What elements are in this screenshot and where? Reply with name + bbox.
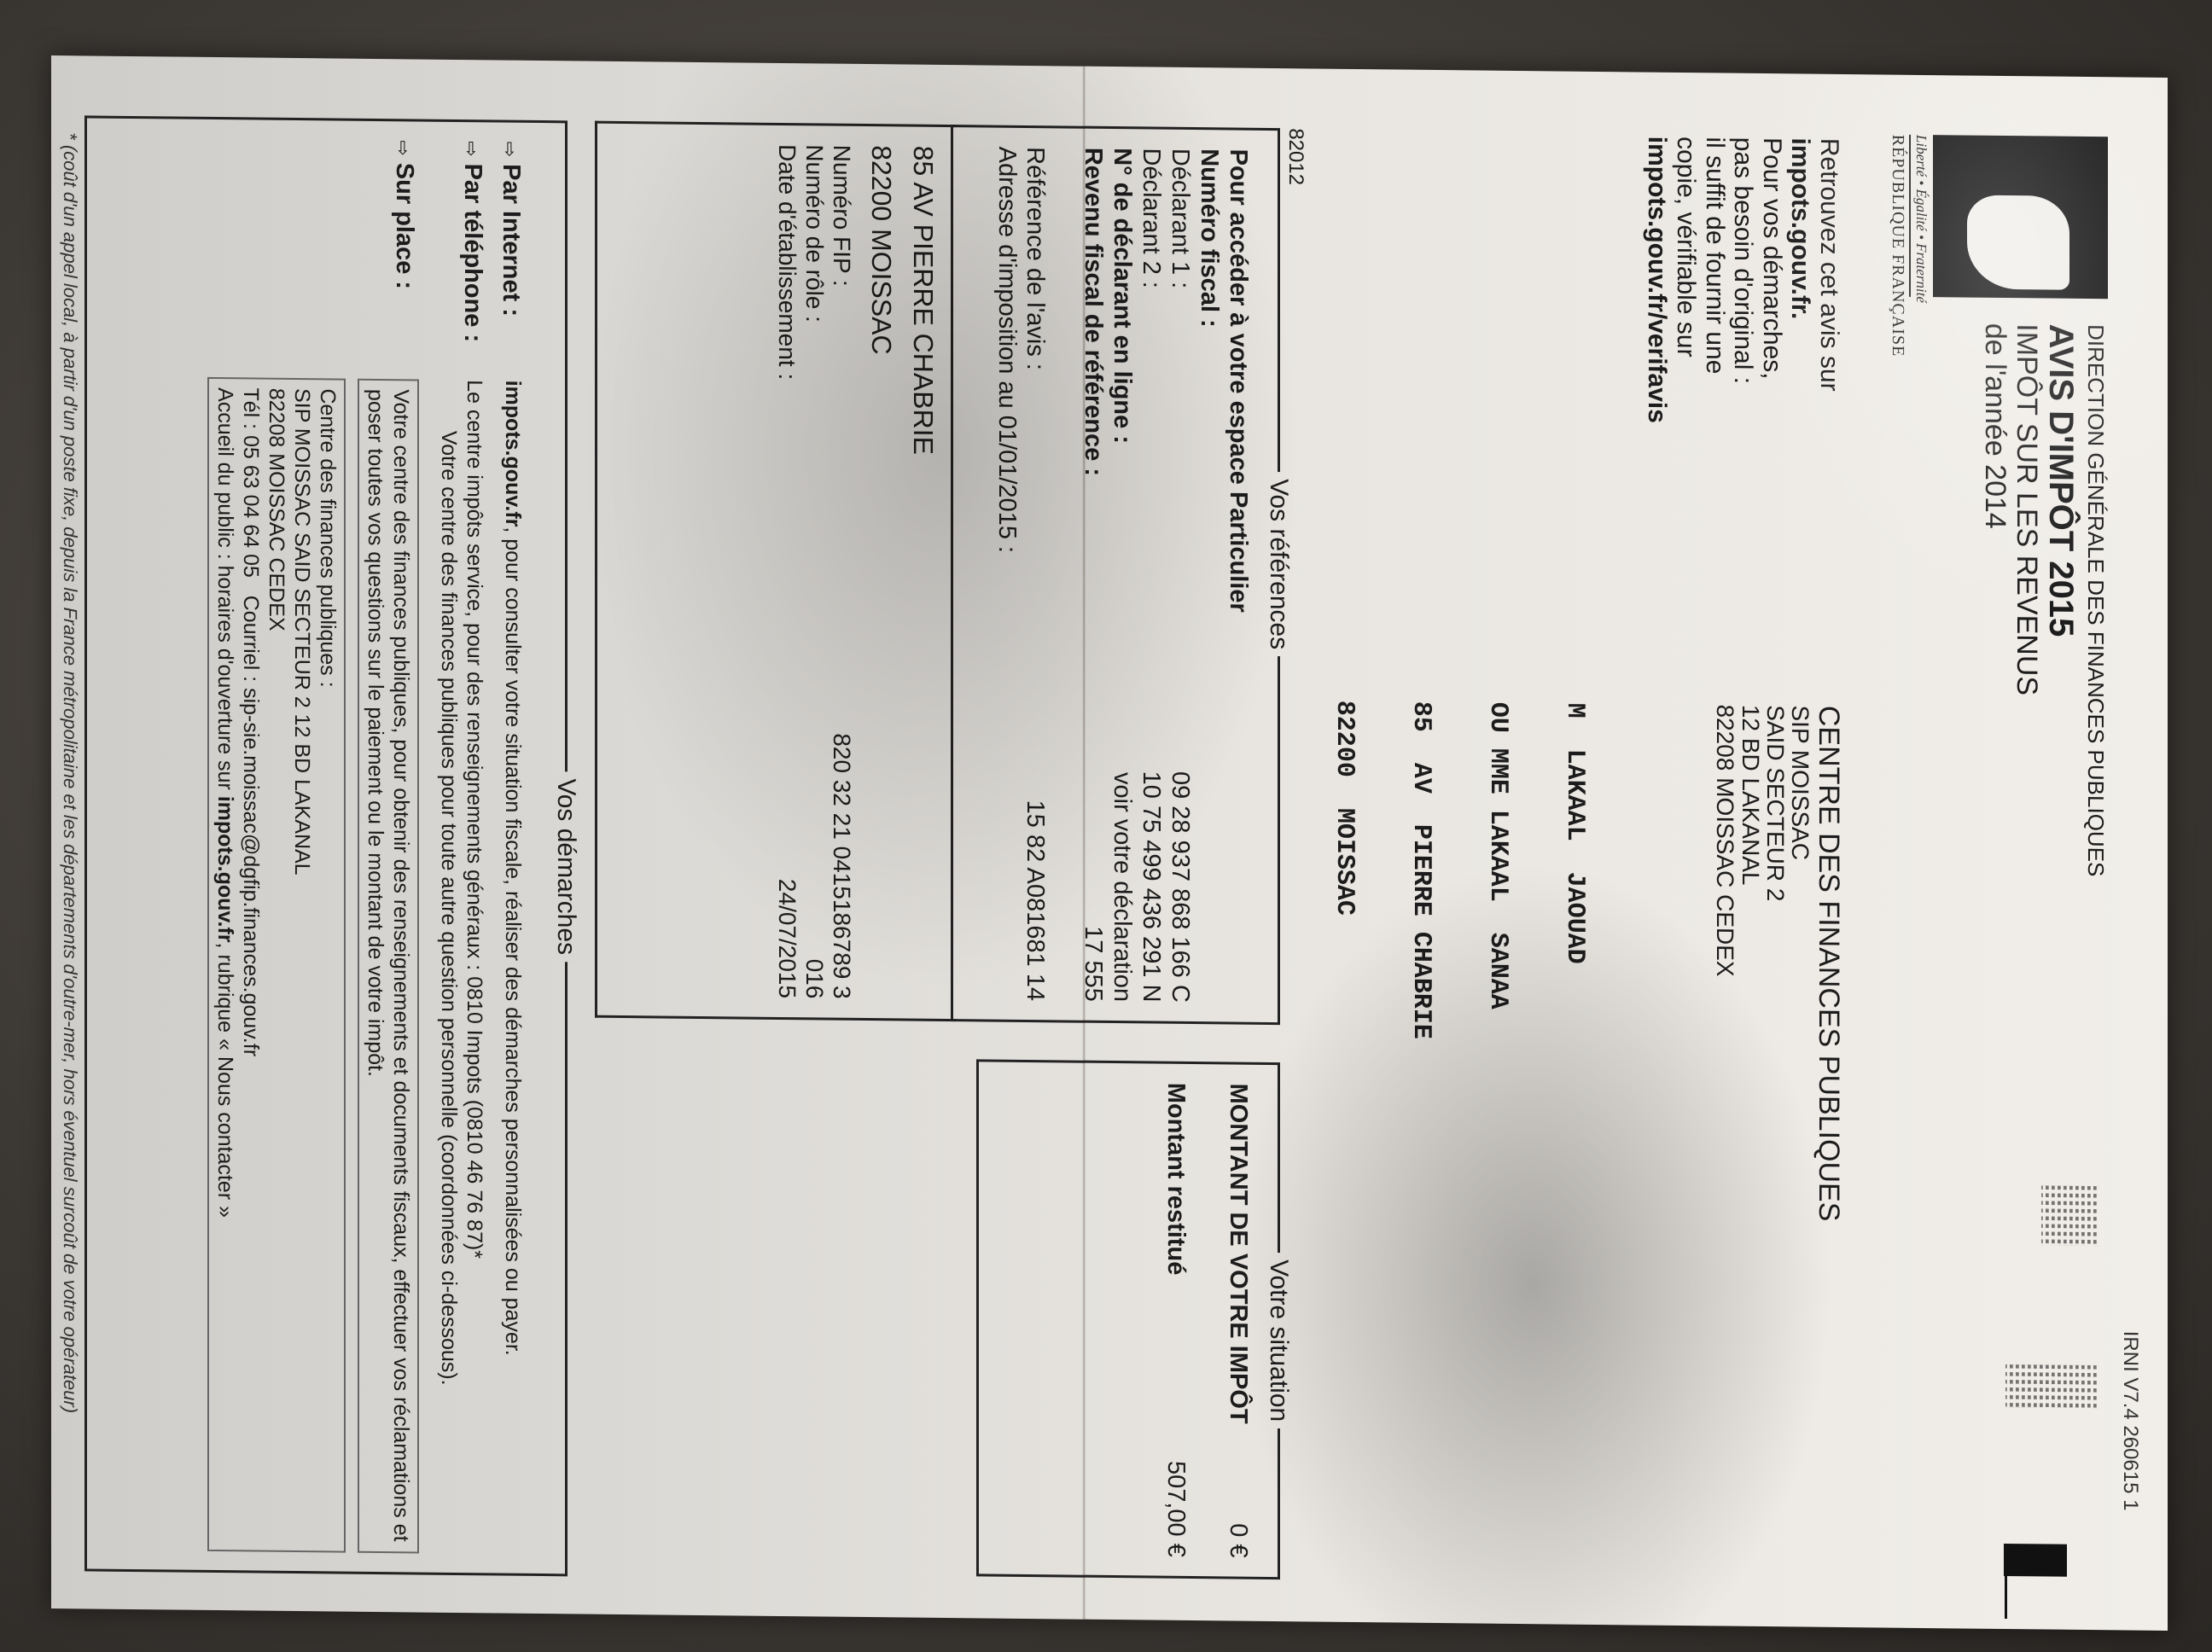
- document-title: AVIS D'IMPÔT 2015: [2042, 323, 2080, 876]
- reference-avis-row: Référence de l'avis : 15 82 A081681 14: [1021, 147, 1050, 1001]
- onsite-intro-box: Votre centre des finances publiques, pou…: [358, 379, 419, 1554]
- notice-line: pas besoin d'original :: [1729, 137, 1758, 504]
- montant-impot-value: 0 €: [1224, 1523, 1252, 1558]
- montant-restitue-value: 507,00 €: [1161, 1461, 1189, 1557]
- declarant-en-ligne-value: voir votre déclaration: [1107, 772, 1136, 1003]
- fip-value: 820 32 21 0415186789 3: [828, 733, 855, 999]
- phone-row: ⇨Par téléphone : Le centre impôts servic…: [436, 141, 487, 1555]
- recipient-address: M LAKAAL JAOUAD OU MME LAKAAL SANAA 85 A…: [1280, 700, 1639, 1041]
- montant-impot-label: MONTANT DE VOTRE IMPÔT: [1224, 1083, 1252, 1423]
- montant-restitue-label: Montant restitué: [1161, 1083, 1189, 1276]
- datamatrix-code-icon: [2041, 1185, 2099, 1246]
- marianne-icon: [1933, 135, 2108, 299]
- internet-label: Par Internet :: [498, 164, 525, 317]
- impots-link[interactable]: impots.gouv.fr.: [1786, 137, 1814, 319]
- sender-line: 12 BD LAKANAL: [1738, 705, 1762, 1221]
- fip-label: Numéro FIP :: [828, 145, 855, 287]
- tax-address-line-2: 82200 MOISSAC: [865, 145, 897, 999]
- centre-label: Centre des finances publiques :: [315, 388, 341, 1542]
- date-label: Date d'établissement :: [773, 144, 800, 381]
- internet-row: ⇨Par Internet : impots.gouv.fr, pour con…: [496, 141, 526, 1554]
- centre-line-1: SIP MOISSAC SAID SECTEUR 2 12 BD LAKANAL: [289, 388, 315, 1542]
- arrow-right-icon: ⇨: [499, 142, 521, 158]
- notice-line: copie, vérifiable sur: [1671, 137, 1700, 503]
- datamatrix-code-icon: [2005, 1364, 2099, 1408]
- fip-row: Numéro FIP : 820 32 21 0415186789 3: [828, 145, 855, 999]
- declarant-en-ligne-row: N° de déclarant en ligne : voir votre dé…: [1107, 148, 1136, 1002]
- footnote: * (coût d'un appel local, à partir d'un …: [59, 132, 81, 1413]
- accueil-suffix: , rubrique « Nous contacter »: [213, 942, 237, 1218]
- access-heading: Pour accéder à votre espace Particulier: [1223, 148, 1252, 1003]
- role-row: Numéro de rôle : 016: [800, 144, 828, 998]
- date-value: 24/07/2015: [773, 879, 800, 998]
- recipient-line: OU MME LAKAAL SANAA: [1485, 702, 1511, 1040]
- tax-address-line-1: 85 AV PIERRE CHABRIE: [907, 146, 939, 1000]
- title-block: DIRECTION GÉNÉRALE DES FINANCES PUBLIQUE…: [1979, 323, 2108, 877]
- postal-marker: 82012: [1284, 128, 1307, 185]
- notice-line: il suffit de fournir une: [1700, 137, 1729, 503]
- recipient-line: M LAKAAL JAOUAD: [1562, 703, 1587, 1041]
- revenu-fiscal-row: Revenu fiscal de référence : 17 555: [1078, 148, 1107, 1002]
- logo-republic: RÉPUBLIQUE FRANÇAISE: [1888, 135, 1911, 297]
- logo-motto: Liberté • Égalité • Fraternité: [1912, 135, 1930, 297]
- centre-phone: Tél : 05 63 04 64 05: [239, 387, 263, 578]
- tax-notice-sheet: IRNI V7.4 260615 1 Liberté • Égalité • F…: [51, 55, 2168, 1631]
- sender-address: CENTRE DES FINANCES PUBLIQUES SIP MOISSA…: [1713, 704, 1843, 1221]
- reference-avis-value: 15 82 A081681 14: [1021, 800, 1050, 1001]
- accueil-prefix: Accueil du public : horaires d'ouverture…: [213, 387, 237, 796]
- phone-text-2: Votre centre des finances publiques pour…: [436, 380, 462, 1554]
- adresse-imposition-label: Adresse d'imposition au 01/01/2015 :: [992, 147, 1021, 1001]
- centre-email[interactable]: Courriel : sip-sie.moissac@dgfip.finance…: [239, 596, 263, 1057]
- reference-avis-label: Référence de l'avis :: [1021, 147, 1050, 370]
- montant-restitue-row: Montant restitué 507,00 €: [1161, 1083, 1189, 1557]
- role-label: Numéro de rôle :: [800, 144, 828, 323]
- sender-line: CENTRE DES FINANCES PUBLIQUES: [1813, 706, 1843, 1222]
- demarches-box: Vos démarches ⇨Par Internet : impots.gou…: [84, 115, 568, 1576]
- arrow-right-icon: ⇨: [393, 140, 414, 156]
- declarant-en-ligne-label: N° de déclarant en ligne :: [1107, 148, 1136, 444]
- registration-mark: [2004, 1544, 2067, 1577]
- recipient-line: 85 AV PIERRE CHABRIE: [1408, 701, 1434, 1039]
- online-notice: Retrouvez cet avis sur impots.gouv.fr. P…: [1643, 137, 1843, 505]
- revenu-fiscal-value: 17 555: [1078, 926, 1107, 1002]
- document-subtitle-2: de l'année 2014: [1979, 323, 2011, 876]
- centre-line-2: 82208 MOISSAC CEDEX: [264, 388, 289, 1542]
- numero-fiscal-label: Numéro fiscal :: [1194, 148, 1223, 1003]
- role-value: 016: [800, 958, 828, 998]
- onsite-row: ⇨Sur place : Votre centre des finances p…: [195, 138, 419, 1554]
- direction-name: DIRECTION GÉNÉRALE DES FINANCES PUBLIQUE…: [2083, 324, 2108, 877]
- impots-gouv-link[interactable]: impots.gouv.fr: [501, 381, 525, 527]
- internet-text: , pour consulter votre situation fiscale…: [501, 526, 525, 1356]
- sender-line: SAID SECTEUR 2: [1763, 705, 1788, 1221]
- sender-line: 82208 MOISSAC CEDEX: [1713, 704, 1738, 1220]
- centre-contact-box: Centre des finances publiques : SIP MOIS…: [207, 377, 346, 1553]
- phone-text-1: Le centre impôts service, pour des rense…: [462, 380, 487, 1554]
- declarant-1-value: 09 28 937 868 166 C: [1165, 771, 1194, 1003]
- notice-line: Retrouvez cet avis sur: [1814, 138, 1843, 505]
- montant-impot-row: MONTANT DE VOTRE IMPÔT 0 €: [1224, 1083, 1252, 1557]
- phone-label: Par téléphone :: [459, 163, 486, 342]
- establishment-box: 85 AV PIERRE CHABRIE 82200 MOISSAC Numér…: [595, 121, 956, 1021]
- references-box: Vos références Pour accéder à votre espa…: [951, 125, 1280, 1025]
- document-subtitle-1: IMPÔT SUR LES REVENUS: [2011, 323, 2042, 876]
- registration-line: [2005, 1576, 2007, 1619]
- recipient-line: 82200 MOISSAC: [1331, 701, 1357, 1038]
- declarant-1-row: Déclarant 1 : 09 28 937 868 166 C: [1165, 148, 1194, 1003]
- situation-legend: Votre situation: [1264, 1253, 1293, 1428]
- declarant-2-row: Déclarant 2 : 10 75 499 436 291 N: [1136, 148, 1165, 1002]
- sender-line: SIP MOISSAC: [1788, 705, 1813, 1221]
- republique-logo: Liberté • Égalité • Fraternité RÉPUBLIQU…: [1888, 135, 2108, 300]
- declarant-2-value: 10 75 499 436 291 N: [1136, 771, 1165, 1002]
- verifavis-link[interactable]: impots.gouv.fr/verifavis: [1643, 137, 1671, 424]
- declarant-2-label: Déclarant 2 :: [1136, 148, 1165, 288]
- date-row: Date d'établissement : 24/07/2015: [773, 144, 800, 998]
- onsite-label: Sur place :: [391, 163, 418, 290]
- demarches-legend: Vos démarches: [551, 771, 580, 962]
- form-code: IRNI V7.4 260615 1: [2118, 1331, 2142, 1511]
- revenu-fiscal-label: Revenu fiscal de référence :: [1078, 148, 1107, 477]
- references-legend: Vos références: [1264, 472, 1293, 656]
- accueil-link[interactable]: impots.gouv.fr: [213, 796, 237, 943]
- declarant-1-label: Déclarant 1 :: [1165, 148, 1194, 289]
- situation-box: Votre situation MONTANT DE VOTRE IMPÔT 0…: [976, 1059, 1280, 1579]
- arrow-right-icon: ⇨: [461, 141, 482, 157]
- photo-frame: IRNI V7.4 260615 1 Liberté • Égalité • F…: [51, 67, 2168, 1620]
- notice-line: Pour vos démarches,: [1757, 137, 1786, 504]
